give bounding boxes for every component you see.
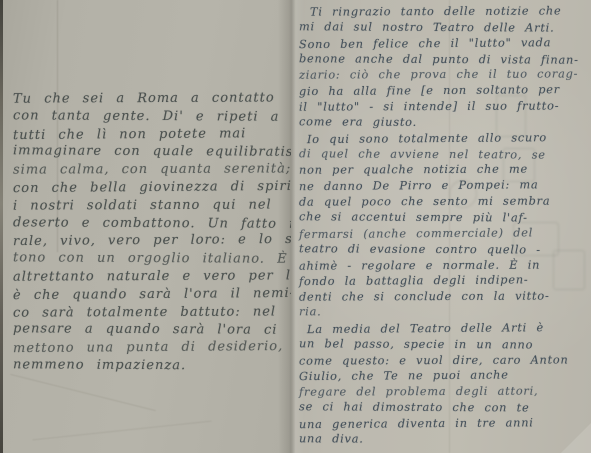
handwriting-line: pensare a quando sarà l'ora ci [13, 321, 291, 340]
handwriting-line: mi dai sul nostro Teatro delle Arti. [299, 19, 589, 36]
letter-page-left: Tu che sei a Roma a contatto con tanta g… [2, 0, 291, 453]
handwriting-line: mettono una punta di desiderio, [13, 338, 291, 358]
paper-crease [10, 374, 156, 411]
handwriting-line: La media del Teatro delle Arti è [299, 320, 589, 338]
handwriting-line: come era giusto. [299, 114, 589, 131]
handwriting-line: immaginare con quale equilibratis- [13, 143, 291, 162]
handwriting-line: co sarà totalmente battuto: nel [13, 303, 291, 322]
handwriting-line: i nostri soldati stanno qui nel [13, 196, 291, 215]
handwriting-line: fermarsi (anche commerciale) del [299, 225, 589, 243]
handwritten-letter-spread: Tu che sei a Roma a contatto con tanta g… [0, 0, 591, 453]
handwriting-line: tono con un orgoglio italiano. È [13, 249, 291, 268]
handwriting-line: è che quando sarà l'ora il nemi- [13, 285, 291, 305]
handwriting-line: Ti ringrazio tanto delle notizie che [299, 3, 589, 20]
handwriting-line: Sono ben felice che il "lutto" vada [299, 35, 589, 53]
right-page-text-block: Ti ringrazio tanto delle notizie che mi … [299, 4, 589, 448]
handwriting-line: fregare del problema degli attori, [299, 384, 589, 401]
handwriting-line: sima calma, con quanta serenità; [13, 161, 291, 180]
handwriting-line: Io qui sono totalmente allo scuro [299, 130, 589, 148]
handwriting-line: se ci hai dimostrato che con te [299, 399, 589, 416]
left-page-text-block: Tu che sei a Roma a contatto con tanta g… [13, 90, 291, 375]
handwriting-line: che si accentui sempre più l'af- [299, 209, 589, 226]
handwriting-line: deserto e combattono. Un fatto natu- [13, 214, 291, 233]
handwriting-line: da quel poco che sento mi sembra [299, 193, 589, 210]
handwriting-line: benone anche dal punto di vista finan- [299, 51, 589, 68]
handwriting-line: gio ha alla fine [e non soltanto per [299, 82, 589, 100]
handwriting-line: con che bella giovinezza di spirito [13, 178, 291, 198]
handwriting-line: un bel passo, specie in un anno [299, 336, 589, 353]
handwriting-line: teatro di evasione contro quello - [299, 241, 589, 258]
handwriting-line: ne danno De Pirro e Pompei: ma [299, 177, 589, 195]
scan-edge [0, 0, 3, 453]
letter-page-right: Ti ringrazio tanto delle notizie che mi … [291, 0, 591, 453]
handwriting-line: tutti che lì non potete mai [13, 125, 291, 145]
handwriting-line: con tanta gente. Di' e ripeti a [13, 107, 291, 126]
paper-crease [32, 421, 211, 441]
handwriting-line: Tu che sei a Roma a contatto [13, 89, 291, 108]
handwriting-line: nemmeno impazienza. [13, 356, 291, 375]
handwriting-line: una diva. [299, 431, 589, 448]
handwriting-line: rale, vivo, vero per loro: e lo sen- [13, 231, 291, 251]
handwriting-line: denti che si conclude con la vitto- [299, 289, 589, 306]
handwriting-line: il "lutto" - si intende] il suo frutto- [299, 98, 589, 115]
handwriting-line: ria. [299, 304, 589, 321]
handwriting-line: una generica diventa in tre anni [299, 415, 589, 433]
handwriting-line: altrettanto naturale e vero per loro [13, 267, 291, 286]
